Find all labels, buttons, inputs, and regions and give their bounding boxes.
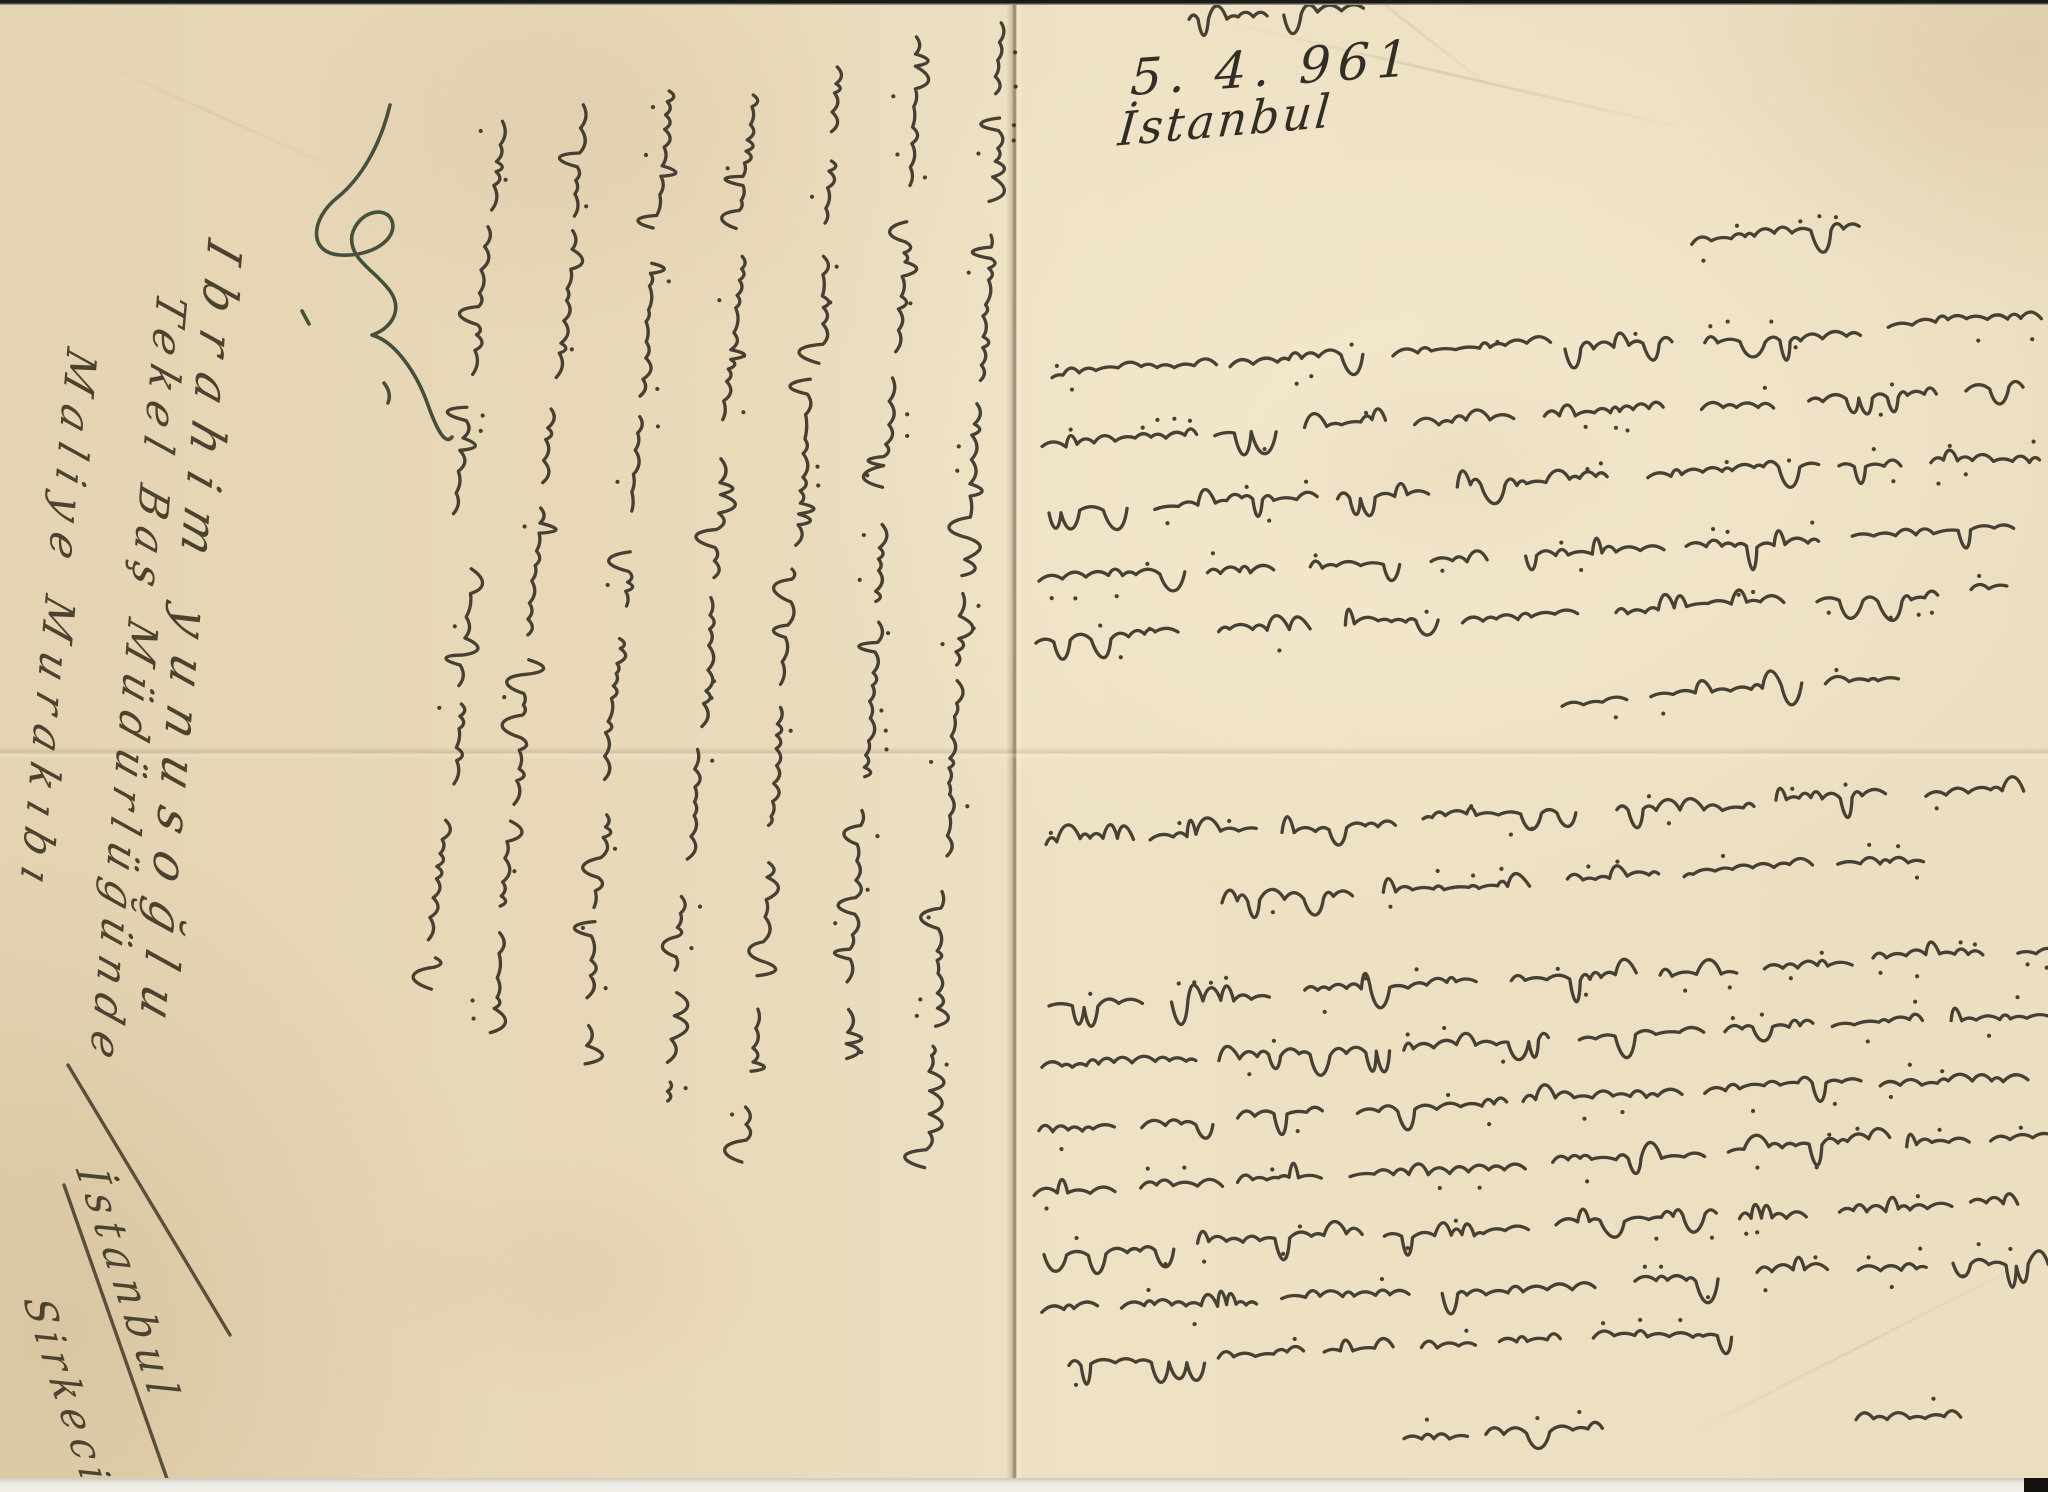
diacritic-dot: [1708, 324, 1712, 328]
diacritic-dot: [1916, 613, 1920, 617]
diacritic-dot: [1973, 942, 1977, 946]
diacritic-dot: [1977, 574, 1981, 578]
diacritic-dot: [1725, 530, 1729, 534]
diacritic-dot: [741, 410, 746, 415]
scan-edge-top: [0, 0, 2048, 5]
diacritic-dot: [1012, 138, 1016, 142]
diacritic-dot: [918, 997, 922, 1001]
diacritic-dot: [2025, 962, 2029, 966]
diacritic-dot: [2015, 995, 2019, 999]
diacritic-dot: [730, 1112, 735, 1117]
diacritic-dot: [1414, 967, 1418, 971]
diacritic-dot: [955, 468, 959, 472]
diacritic-dot: [1435, 869, 1439, 873]
diacritic-dot: [879, 708, 883, 712]
diacritic-dot: [1599, 461, 1603, 465]
diacritic-dot: [966, 270, 970, 274]
diacritic-dot: [1271, 910, 1275, 914]
diacritic-dot: [1711, 527, 1715, 531]
diacritic-dot: [584, 204, 589, 209]
diacritic-dot: [1890, 382, 1894, 386]
diacritic-dot: [1270, 1167, 1274, 1171]
address-line-title: Maliye Murakıbı: [10, 349, 106, 897]
diacritic-dot: [437, 706, 442, 711]
diacritic-dot: [1810, 520, 1814, 524]
handwriting-line: [1398, 1383, 1622, 1484]
page-top-remnant-line: [1183, 0, 1356, 62]
diacritic-dot: [1760, 1012, 1764, 1016]
diacritic-dot: [1751, 590, 1755, 594]
fold-crease-horizontal: [0, 747, 2048, 759]
diacritic-dot: [815, 464, 820, 469]
diacritic-dot: [651, 105, 656, 110]
diacritic-dot: [1625, 428, 1629, 432]
diacritic-dot: [1793, 345, 1797, 349]
diacritic-dot: [957, 444, 961, 448]
diacritic-dot: [2044, 965, 2048, 969]
diacritic-dot: [1601, 1321, 1605, 1325]
diacritic-dot: [1209, 980, 1213, 984]
diacritic-dot: [1934, 806, 1938, 810]
letter-paper: 5. 4. 961 İstanbul Ibrahim yunusoğlu Tek…: [0, 5, 2048, 1478]
diacritic-dot: [1442, 1026, 1446, 1030]
diacritic-dot: [1172, 417, 1176, 421]
diacritic-dot: [603, 986, 608, 991]
diacritic-dot: [1896, 844, 1900, 848]
diacritic-dot: [940, 642, 944, 646]
diacritic-dot: [644, 153, 649, 158]
diacritic-dot: [1721, 854, 1725, 858]
diacritic-dot: [1940, 1069, 1944, 1073]
diacritic-dot: [1620, 1110, 1624, 1114]
diacritic-dot: [1790, 787, 1794, 791]
diacritic-dot: [1499, 867, 1503, 871]
diacritic-dot: [1464, 1329, 1468, 1333]
diacritic-dot: [944, 1062, 948, 1066]
diacritic-dot: [1155, 418, 1159, 422]
diacritic-dot: [1446, 1093, 1450, 1097]
diacritic-dot: [1866, 1255, 1870, 1259]
diacritic-dot: [570, 347, 575, 352]
diacritic-dot: [1165, 521, 1169, 525]
diacritic-dot: [1146, 1288, 1150, 1292]
diacritic-dot: [834, 264, 839, 269]
diacritic-dot: [1948, 444, 1952, 448]
diacritic-dot: [1867, 843, 1871, 847]
diacritic-dot: [1227, 819, 1231, 823]
diacritic-dot: [1827, 611, 1831, 615]
diacritic-dot: [1140, 425, 1144, 429]
diacritic-dot: [1937, 1128, 1941, 1132]
diacritic-dot: [689, 946, 694, 951]
diacritic-dot: [862, 533, 866, 537]
diacritic-dot: [2019, 1125, 2023, 1129]
diacritic-dot: [1878, 971, 1882, 975]
diacritic-dot: [1701, 258, 1706, 263]
diacritic-dot: [1916, 1194, 1920, 1198]
diacritic-dot: [905, 412, 909, 416]
diacritic-dot: [1763, 1288, 1767, 1292]
diacritic-dot: [1098, 623, 1102, 627]
diacritic-dot: [1834, 215, 1839, 220]
diacritic-dot: [1798, 219, 1803, 224]
diacritic-dot: [1349, 342, 1353, 346]
diacritic-dot: [1049, 831, 1053, 835]
diacritic-dot: [1964, 472, 1968, 476]
diacritic-dot: [1813, 1255, 1817, 1259]
scan-corner-mark: [2024, 1478, 2048, 1492]
diacritic-dot: [926, 915, 930, 919]
diacritic-dot: [1388, 904, 1392, 908]
diacritic-dot: [581, 926, 586, 931]
diacritic-dot: [613, 847, 618, 852]
diacritic-dot: [1915, 875, 1919, 879]
diacritic-dot: [1424, 610, 1428, 614]
diacritic-dot: [512, 869, 517, 874]
salutation-line: [1683, 183, 1876, 292]
diacritic-dot: [1843, 782, 1847, 786]
diacritic-dot: [655, 387, 660, 392]
diacritic-dot: [1659, 1265, 1663, 1269]
diacritic-dot: [1976, 338, 1980, 342]
diacritic-dot: [1559, 540, 1563, 544]
diacritic-dot: [1074, 1236, 1078, 1240]
diacritic-dot: [895, 152, 899, 156]
diacritic-dot: [1055, 364, 1059, 368]
diacritic-dot: [891, 94, 895, 98]
diacritic-dot: [1908, 1063, 1912, 1067]
diacritic-dot: [470, 998, 475, 1003]
diacritic-dot: [1817, 214, 1822, 219]
diacritic-dot: [1405, 1032, 1409, 1036]
diacritic-dot: [1012, 123, 1016, 127]
diacritic-dot: [1013, 50, 1017, 54]
diacritic-dot: [923, 175, 927, 179]
diacritic-dot: [1890, 1285, 1894, 1289]
diacritic-dot: [1556, 967, 1560, 971]
paper-stain: [380, 1145, 760, 1405]
diacritic-dot: [1958, 940, 1962, 944]
diacritic-dot: [717, 298, 722, 303]
diacritic-dot: [1614, 715, 1618, 719]
diacritic-dot: [1889, 1095, 1893, 1099]
diacritic-dot: [1930, 611, 1934, 615]
diacritic-dot: [1068, 427, 1072, 431]
diacritic-dot: [908, 301, 912, 305]
scan-edge-bottom: [0, 1478, 2048, 1492]
diacritic-dot: [1872, 447, 1876, 451]
diacritic-dot: [976, 604, 980, 608]
diacritic-dot: [1647, 794, 1651, 798]
diacritic-dot: [710, 758, 715, 763]
diacritic-dot: [1820, 951, 1824, 955]
diacritic-dot: [905, 434, 909, 438]
diacritic-dot: [1667, 821, 1671, 825]
diacritic-dot: [1661, 711, 1665, 715]
diacritic-dot: [1918, 1246, 1922, 1250]
diacritic-dot: [656, 424, 661, 429]
diacritic-dot: [666, 279, 671, 284]
diacritic-dot: [1583, 425, 1587, 429]
diacritic-dot: [1725, 460, 1729, 464]
diacritic-dot: [1891, 479, 1895, 483]
diacritic-dot: [1509, 832, 1513, 836]
diacritic-dot: [698, 904, 703, 909]
diacritic-dot: [810, 194, 815, 199]
diacritic-dot: [1425, 1417, 1429, 1421]
diacritic-dot: [1913, 1000, 1917, 1004]
diacritic-dot: [1769, 319, 1773, 323]
diacritic-dot: [1471, 873, 1475, 877]
diacritic-dot: [1454, 1219, 1458, 1223]
diacritic-dot: [725, 166, 730, 171]
diacritic-dot: [1070, 387, 1074, 391]
diacritic-dot: [1879, 412, 1883, 416]
diacritic-dot: [452, 624, 457, 629]
diacritic-dot: [1244, 485, 1248, 489]
diacritic-dot: [788, 728, 793, 733]
diacritic-dot: [1146, 1166, 1150, 1170]
diacritic-dot: [683, 1086, 688, 1091]
signature-flourish: [268, 83, 488, 463]
diacritic-dot: [976, 151, 980, 155]
diacritic-dot: [1380, 1277, 1384, 1281]
diacritic-dot: [1292, 1337, 1296, 1341]
diacritic-dot: [884, 728, 888, 732]
diacritic-dot: [1272, 1039, 1276, 1043]
diacritic-dot: [2031, 439, 2035, 443]
diacritic-dot: [1304, 479, 1308, 483]
diacritic-dot: [1855, 1126, 1859, 1130]
diacritic-dot: [1614, 426, 1618, 430]
diacritic-dot: [884, 747, 888, 751]
diacritic-dot: [915, 1014, 919, 1018]
diacritic-dot: [1262, 447, 1266, 451]
diacritic-dot: [1176, 981, 1180, 985]
diacritic-dot: [1976, 1242, 1980, 1246]
diacritic-dot: [1731, 1016, 1735, 1020]
diacritic-dot: [1313, 553, 1317, 557]
diacritic-dot: [1177, 821, 1181, 825]
diacritic-dot: [1586, 864, 1590, 868]
diacritic-dot: [1013, 84, 1017, 88]
diacritic-dot: [1615, 859, 1619, 863]
diacritic-dot: [1535, 1416, 1539, 1420]
diacritic-dot: [522, 524, 527, 529]
diacritic-dot: [1309, 374, 1313, 378]
diacritic-dot: [929, 760, 933, 764]
diacritic-dot: [1763, 386, 1767, 390]
diacritic-dot: [1725, 319, 1729, 323]
diacritic-dot: [471, 1016, 476, 1021]
diacritic-dot: [816, 483, 821, 488]
diacritic-dot: [1074, 1383, 1078, 1387]
diacritic-dot: [875, 834, 879, 838]
diacritic-dot: [1633, 332, 1637, 336]
diacritic-dot: [1188, 419, 1192, 423]
diacritic-dot: [1638, 1318, 1642, 1322]
diacritic-dot: [886, 631, 890, 635]
diacritic-dot: [1834, 668, 1838, 672]
diacritic-dot: [857, 578, 861, 582]
diacritic-dot: [965, 804, 969, 808]
diacritic-dot: [833, 921, 837, 925]
diacritic-dot: [1787, 458, 1791, 462]
diacritic-dot: [1145, 562, 1149, 566]
diacritic-dot: [1224, 976, 1228, 980]
diacritic-dot: [1298, 1224, 1302, 1228]
diacritic-dot: [1277, 648, 1281, 652]
diacritic-dot: [1088, 992, 1092, 996]
diacritic-dot: [1643, 1265, 1647, 1269]
handwriting-line: [1849, 1366, 1967, 1464]
diacritic-dot: [1119, 655, 1123, 659]
diacritic-dot: [1827, 1132, 1831, 1136]
diacritic-dot: [503, 177, 508, 182]
diacritic-dot: [615, 480, 620, 485]
diacritic-dot: [1211, 551, 1215, 555]
diacritic-dot: [1440, 569, 1444, 573]
diacritic-dot: [1735, 223, 1740, 228]
diacritic-dot: [1182, 1165, 1186, 1169]
diacritic-dot: [2030, 337, 2034, 341]
diacritic-dot: [1577, 1410, 1581, 1414]
diacritic-dot: [1678, 1318, 1682, 1322]
diacritic-dot: [605, 583, 610, 588]
diacritic-dot: [1931, 1397, 1935, 1401]
diacritic-dot: [1789, 976, 1793, 980]
diacritic-dot: [2008, 1247, 2012, 1251]
scanned-letter: { "document": { "kind": "Scanned handwri…: [0, 0, 2048, 1492]
diacritic-dot: [865, 888, 869, 892]
